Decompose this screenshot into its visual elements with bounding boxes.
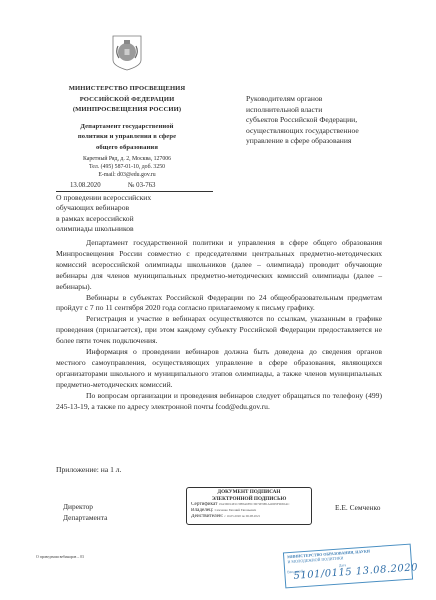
signer-name: Е.Е. Семченко (335, 503, 380, 512)
body-paragraph: Информация о проведении вебинаров должна… (56, 347, 382, 391)
stamp-handwritten-number: 5101/0115 13.08.2020 (293, 562, 418, 582)
address-street: Каретный Ряд, д. 2, Москва, 127006 (40, 155, 214, 163)
esig-title: ДОКУМЕНТ ПОДПИСАН ЭЛЕКТРОННОЙ ПОДПИСЬЮ (191, 489, 307, 502)
recipient-line: управление в сфере образования (246, 136, 426, 147)
body-paragraph: По вопросам организации и проведения веб… (56, 391, 382, 413)
footer-note: О проведении вебинаров – 03 (36, 555, 84, 559)
recipient-line: исполнительной власти (246, 105, 426, 116)
subject-line: обучающих вебинаров (56, 203, 216, 213)
letter-body: Департамент государственной политики и у… (56, 238, 382, 413)
registration-number: № 03-763 (128, 182, 155, 189)
recipient-line: субъектов Российской Федерации, (246, 115, 426, 126)
ministry-short-name: (МИНПРОСВЕЩЕНИЯ РОССИИ) (40, 105, 214, 116)
incoming-registration-stamp: МИНИСТЕРСТВО ОБРАЗОВАНИЯ, НАУКИ И МОЛОДЕ… (283, 544, 413, 589)
department-name-line: общего образования (40, 143, 214, 154)
esig-owner-label: Владелец (191, 508, 212, 513)
subject-line: олимпиады школьников (56, 224, 216, 234)
body-paragraph: Вебинары в субъектах Российской Федераци… (56, 293, 382, 315)
address-phone: Тел. (495) 587-01-10, доб. 3250 (40, 163, 214, 171)
ministry-name-line: МИНИСТЕРСТВО ПРОСВЕЩЕНИЯ (40, 84, 214, 95)
signer-position-line: Департамента (63, 513, 107, 524)
ministry-header: МИНИСТЕРСТВО ПРОСВЕЩЕНИЯ РОССИЙСКОЙ ФЕДЕ… (40, 84, 214, 153)
ministry-name-line: РОССИЙСКОЙ ФЕДЕРАЦИИ (40, 95, 214, 106)
esig-valid-label: Действителен (191, 514, 222, 519)
recipient-line: осуществляющих государственное (246, 126, 426, 137)
body-paragraph: Департамент государственной политики и у… (56, 238, 382, 293)
signer-position: Директор Департамента (63, 502, 107, 524)
subject-line: в рамках всероссийской (56, 214, 216, 224)
body-paragraph: Регистрация и участие в вебинарах осущес… (56, 314, 382, 347)
signer-position-line: Директор (63, 502, 107, 513)
address-email: E-mail: d03@edu.gov.ru (40, 171, 214, 179)
subject-line: О проведении всероссийских (56, 193, 216, 203)
department-name-line: политики и управления в сфере (40, 132, 214, 143)
attachment-note: Приложение: на 1 л. (56, 465, 121, 474)
letter-subject: О проведении всероссийских обучающих веб… (56, 193, 216, 234)
esig-valid-row: Действителен: с 16.05.2020 по 06.08.2021 (191, 514, 307, 520)
russian-coat-of-arms-icon (111, 34, 143, 72)
registration-line: 13.08.2020 № 03-763 (56, 182, 213, 192)
electronic-signature-box: ДОКУМЕНТ ПОДПИСАН ЭЛЕКТРОННОЙ ПОДПИСЬЮ С… (186, 487, 312, 525)
registration-date: 13.08.2020 (70, 182, 101, 189)
recipient-line: Руководителям органов (246, 94, 426, 105)
esig-owner-value: Семченко Евгений Евгеньевич (215, 508, 257, 512)
ministry-address: Каретный Ряд, д. 2, Москва, 127006 Тел. … (40, 155, 214, 180)
recipient-block: Руководителям органов исполнительной вла… (246, 94, 426, 147)
esig-certificate-value: 19A3D014E1C5B8A6F0C3D72E9B1A4D05F9665AC (219, 502, 290, 506)
esig-certificate-label: Сертификат (191, 502, 217, 507)
esig-valid-value: с 16.05.2020 по 06.08.2021 (224, 514, 260, 518)
department-name-line: Департамент государственной (40, 122, 214, 133)
